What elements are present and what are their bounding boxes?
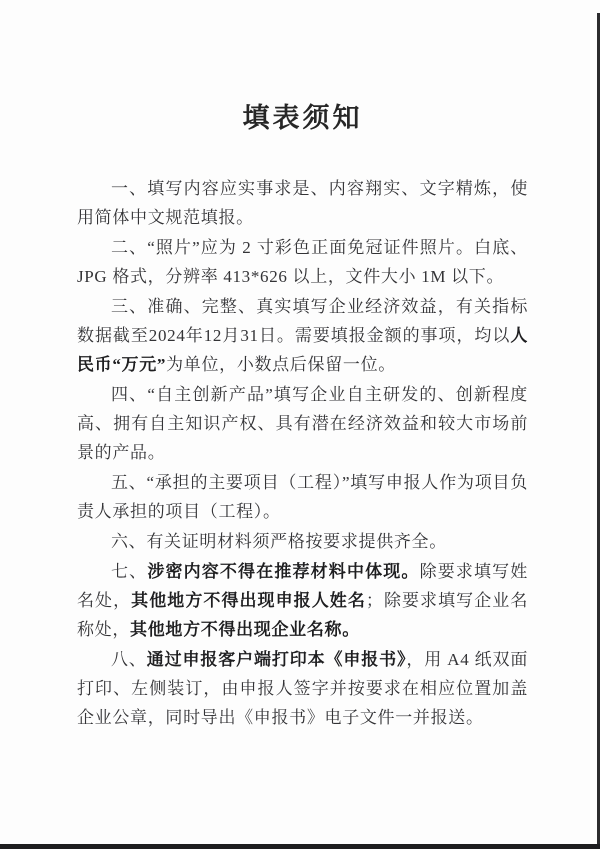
bold-text-run: 涉密内容不得在推荐材料中体现。 <box>147 562 419 581</box>
text-run: 三、准确、完整、真实填写企业经济效益，有关指标数据截至2024年12月31日。需… <box>77 297 528 345</box>
bold-text-run: 通过申报客户端打印本《申报书》 <box>147 650 407 669</box>
bold-text-run: 其他地方不得出现企业名称。 <box>130 620 360 639</box>
notice-paragraph-2: 二、“照片”应为 2 寸彩色正面免冠证件照片。白底、JPG 格式，分辨率 413… <box>77 233 528 291</box>
notice-paragraph-5: 五、“承担的主要项目（工程）”填写申报人作为项目负责人承担的项目（工程）。 <box>77 468 528 526</box>
text-run: 四、“自主创新产品”填写企业自主研发的、创新程度高、拥有自主知识产权、具有潜在经… <box>77 385 528 462</box>
notice-paragraph-6: 六、有关证明材料须严格按要求提供齐全。 <box>77 527 528 556</box>
scan-edge-bottom <box>0 844 600 849</box>
text-run: 一、填写内容应实事求是、内容翔实、文字精炼，使用简体中文规范填报。 <box>77 179 528 227</box>
bold-text-run: 其他地方不得出现申报人姓名 <box>131 591 366 610</box>
text-run: 六、有关证明材料须严格按要求提供齐全。 <box>111 532 447 551</box>
notice-paragraph-7: 七、涉密内容不得在推荐材料中体现。除要求填写姓名处，其他地方不得出现申报人姓名；… <box>77 557 528 644</box>
text-run: 二、“照片”应为 2 寸彩色正面免冠证件照片。白底、JPG 格式，分辨率 413… <box>77 238 528 286</box>
document-page: 填表须知 一、填写内容应实事求是、内容翔实、文字精炼，使用简体中文规范填报。二、… <box>0 0 600 849</box>
text-run: 八、 <box>111 650 147 669</box>
text-run: 为单位，小数点后保留一位。 <box>166 355 396 374</box>
notice-paragraph-1: 一、填写内容应实事求是、内容翔实、文字精炼，使用简体中文规范填报。 <box>77 174 528 232</box>
page-content: 填表须知 一、填写内容应实事求是、内容翔实、文字精炼，使用简体中文规范填报。二、… <box>77 0 528 733</box>
page-title: 填表须知 <box>77 0 528 137</box>
text-run: 五、“承担的主要项目（工程）”填写申报人作为项目负责人承担的项目（工程）。 <box>77 473 528 521</box>
notice-paragraph-3: 三、准确、完整、真实填写企业经济效益，有关指标数据截至2024年12月31日。需… <box>77 292 528 379</box>
text-run: 七、 <box>111 562 147 581</box>
notice-paragraph-8: 八、通过申报客户端打印本《申报书》，用 A4 纸双面打印、左侧装订，由申报人签字… <box>77 645 528 732</box>
notice-body: 一、填写内容应实事求是、内容翔实、文字精炼，使用简体中文规范填报。二、“照片”应… <box>77 174 528 732</box>
notice-paragraph-4: 四、“自主创新产品”填写企业自主研发的、创新程度高、拥有自主知识产权、具有潜在经… <box>77 380 528 467</box>
